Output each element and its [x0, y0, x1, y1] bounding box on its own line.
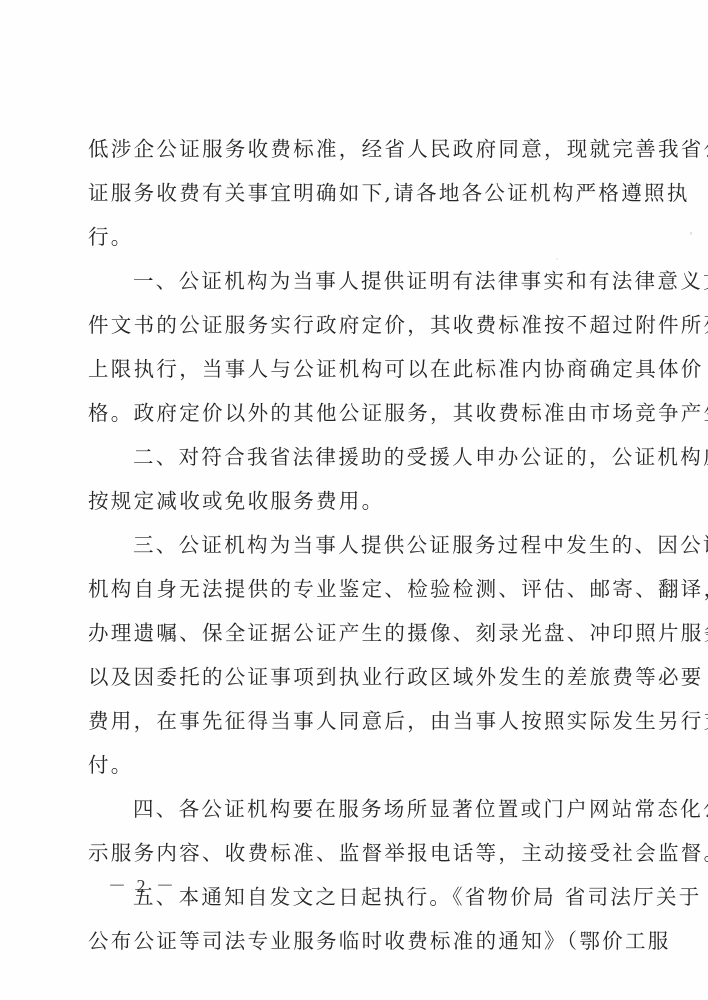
section-1-line: 一、公证机构为当事人提供证明有法律事实和有法律意义文: [88, 259, 620, 303]
section-4-line: 四、各公证机构要在服务场所显著位置或门户网站常态化公: [88, 787, 620, 831]
text-line: 行。: [88, 215, 620, 259]
scan-speck: [690, 233, 692, 235]
document-body: 低涉企公证服务收费标准，经省人民政府同意，现就完善我省公 证服务收费有关事宜明确…: [88, 127, 620, 963]
text-line: 上限执行，当事人与公证机构可以在此标准内协商确定具体价: [88, 347, 620, 391]
text-line: 机构自身无法提供的专业鉴定、检验检测、评估、邮寄、翻译，: [88, 567, 620, 611]
text-line: 件文书的公证服务实行政府定价，其收费标准按不超过附件所列: [88, 303, 620, 347]
text-line: 格。政府定价以外的其他公证服务，其收费标准由市场竞争产生。: [88, 391, 620, 435]
scan-speck: [556, 258, 558, 260]
text-line: 低涉企公证服务收费标准，经省人民政府同意，现就完善我省公: [88, 127, 620, 171]
section-3-line: 三、公证机构为当事人提供公证服务过程中发生的、因公证: [88, 523, 620, 567]
scan-speck: [688, 800, 690, 802]
page-number: － 2 －: [108, 872, 177, 898]
text-line: 办理遗嘱、保全证据公证产生的摄像、刻录光盘、冲印照片服务，: [88, 611, 620, 655]
text-line: 按规定减收或免收服务费用。: [88, 479, 620, 523]
text-line: 证服务收费有关事宜明确如下,请各地各公证机构严格遵照执: [88, 171, 620, 215]
text-line: 付。: [88, 743, 620, 787]
document-page: 低涉企公证服务收费标准，经省人民政府同意，现就完善我省公 证服务收费有关事宜明确…: [0, 0, 708, 1000]
text-line: 示服务内容、收费标准、监督举报电话等，主动接受社会监督。: [88, 831, 620, 875]
section-2-line: 二、对符合我省法律援助的受援人申办公证的，公证机构应: [88, 435, 620, 479]
text-line: 公布公证等司法专业服务临时收费标准的通知》（鄂价工服: [88, 919, 620, 963]
text-line: 以及因委托的公证事项到执业行政区域外发生的差旅费等必要: [88, 655, 620, 699]
text-line: 费用，在事先征得当事人同意后，由当事人按照实际发生另行支: [88, 699, 620, 743]
